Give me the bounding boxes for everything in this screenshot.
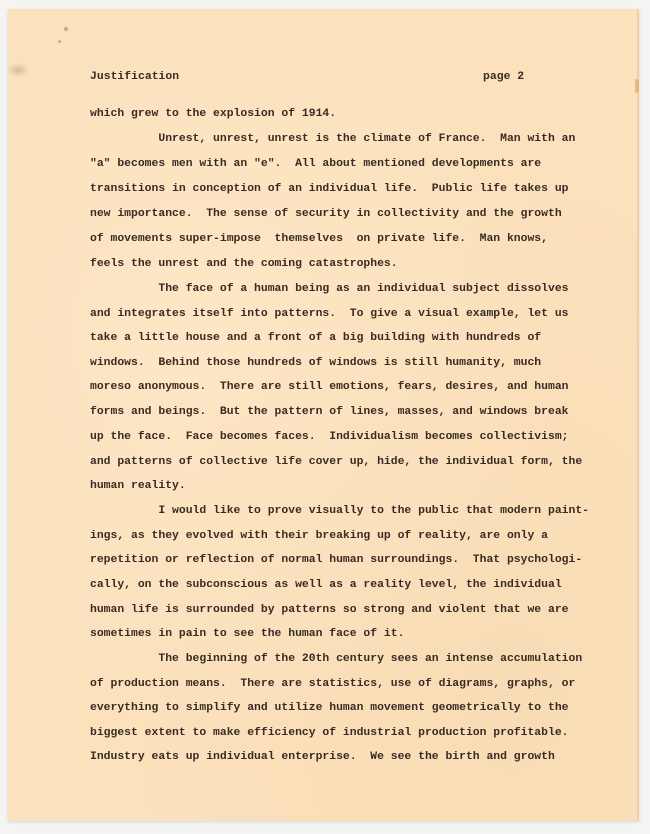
text-line: The beginning of the 20th century sees a… <box>90 654 582 665</box>
text-line: of production means. There are statistic… <box>90 679 575 690</box>
text-line: which grew to the explosion of 1914. <box>90 109 336 120</box>
text-line: "a" becomes men with an "e". All about m… <box>90 159 541 170</box>
edge-stain <box>635 79 639 93</box>
text-line: moreso anonymous. There are still emotio… <box>90 382 569 393</box>
paper-speck <box>58 40 61 43</box>
text-line: feels the unrest and the coming catastro… <box>90 259 398 270</box>
text-line: forms and beings. But the pattern of lin… <box>90 407 569 418</box>
paper-speck <box>64 27 68 31</box>
text-line: and integrates itself into patterns. To … <box>90 309 569 320</box>
text-line: ings, as they evolved with their breakin… <box>90 531 548 542</box>
text-line: The face of a human being as an individu… <box>90 284 569 295</box>
typewritten-page: Justification page 2 which grew to the e… <box>8 9 639 821</box>
text-line: and patterns of collective life cover up… <box>90 457 582 468</box>
text-line: biggest extent to make efficiency of ind… <box>90 728 569 739</box>
text-line: human reality. <box>90 481 186 492</box>
text-line: take a little house and a front of a big… <box>90 333 541 344</box>
text-line: Industry eats up individual enterprise. … <box>90 752 555 763</box>
document-header-title: Justification <box>90 72 179 83</box>
text-line: everything to simplify and utilize human… <box>90 703 569 714</box>
text-line: sometimes in pain to see the human face … <box>90 629 404 640</box>
text-line: up the face. Face becomes faces. Individ… <box>90 432 569 443</box>
text-line: repetition or reflection of normal human… <box>90 555 582 566</box>
text-line: cally, on the subconscious as well as a … <box>90 580 562 591</box>
text-line: of movements super-impose themselves on … <box>90 234 548 245</box>
text-line: windows. Behind those hundreds of window… <box>90 358 541 369</box>
text-line: transitions in conception of an individu… <box>90 184 569 195</box>
text-line: I would like to prove visually to the pu… <box>90 506 589 517</box>
text-line: human life is surrounded by patterns so … <box>90 605 569 616</box>
page-number: page 2 <box>483 72 524 83</box>
paper-smudge <box>6 63 30 77</box>
text-line: new importance. The sense of security in… <box>90 209 562 220</box>
text-line: Unrest, unrest, unrest is the climate of… <box>90 134 575 145</box>
